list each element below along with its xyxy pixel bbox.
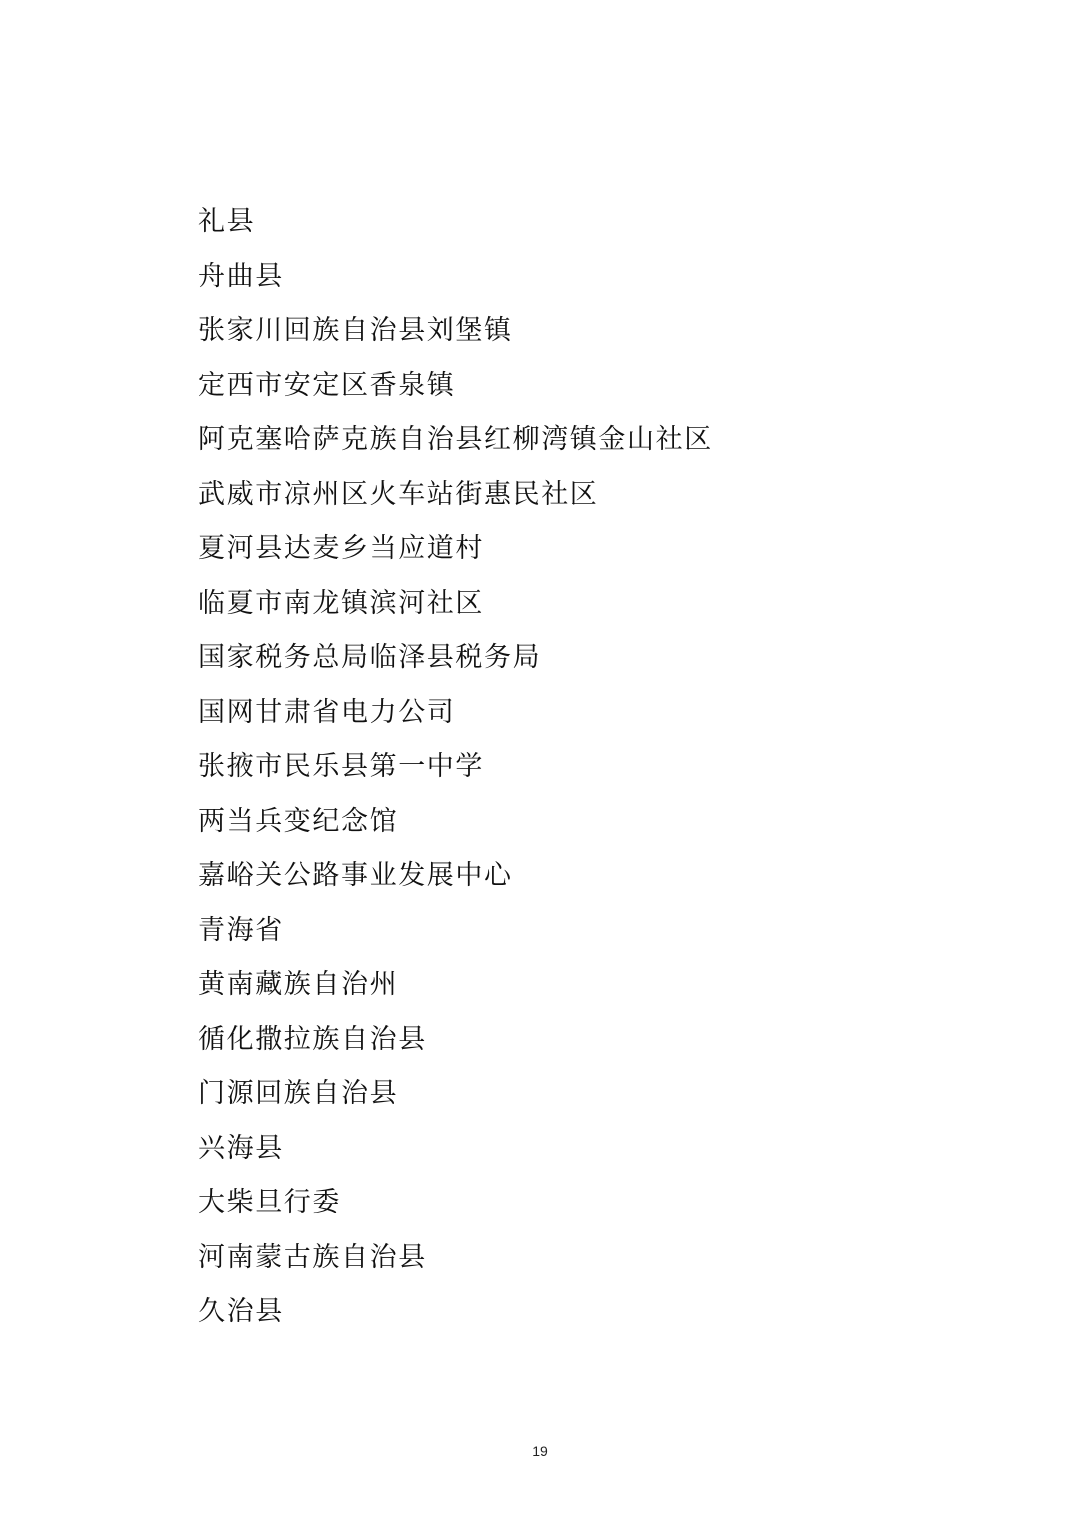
list-item: 舟曲县 bbox=[198, 257, 713, 312]
list-item: 嘉峪关公路事业发展中心 bbox=[198, 856, 713, 911]
list-item: 阿克塞哈萨克族自治县红柳湾镇金山社区 bbox=[198, 420, 713, 475]
list-item: 两当兵变纪念馆 bbox=[198, 802, 713, 857]
list-item: 国网甘肃省电力公司 bbox=[198, 693, 713, 748]
list-item: 循化撒拉族自治县 bbox=[198, 1020, 713, 1075]
list-item: 夏河县达麦乡当应道村 bbox=[198, 529, 713, 584]
list-item: 临夏市南龙镇滨河社区 bbox=[198, 584, 713, 639]
document-page: 礼县 舟曲县 张家川回族自治县刘堡镇 定西市安定区香泉镇 阿克塞哈萨克族自治县红… bbox=[0, 0, 1080, 1528]
list-item: 黄南藏族自治州 bbox=[198, 965, 713, 1020]
list-item: 定西市安定区香泉镇 bbox=[198, 366, 713, 421]
list-item: 青海省 bbox=[198, 911, 713, 966]
list-item: 大柴旦行委 bbox=[198, 1183, 713, 1238]
list-item: 门源回族自治县 bbox=[198, 1074, 713, 1129]
list-item: 张掖市民乐县第一中学 bbox=[198, 747, 713, 802]
list-item: 国家税务总局临泽县税务局 bbox=[198, 638, 713, 693]
entry-list: 礼县 舟曲县 张家川回族自治县刘堡镇 定西市安定区香泉镇 阿克塞哈萨克族自治县红… bbox=[198, 202, 713, 1347]
list-item: 久治县 bbox=[198, 1292, 713, 1347]
list-item: 张家川回族自治县刘堡镇 bbox=[198, 311, 713, 366]
list-item: 兴海县 bbox=[198, 1129, 713, 1184]
list-item: 礼县 bbox=[198, 202, 713, 257]
page-number: 19 bbox=[0, 1443, 1080, 1459]
list-item: 武威市凉州区火车站街惠民社区 bbox=[198, 475, 713, 530]
list-item: 河南蒙古族自治县 bbox=[198, 1238, 713, 1293]
